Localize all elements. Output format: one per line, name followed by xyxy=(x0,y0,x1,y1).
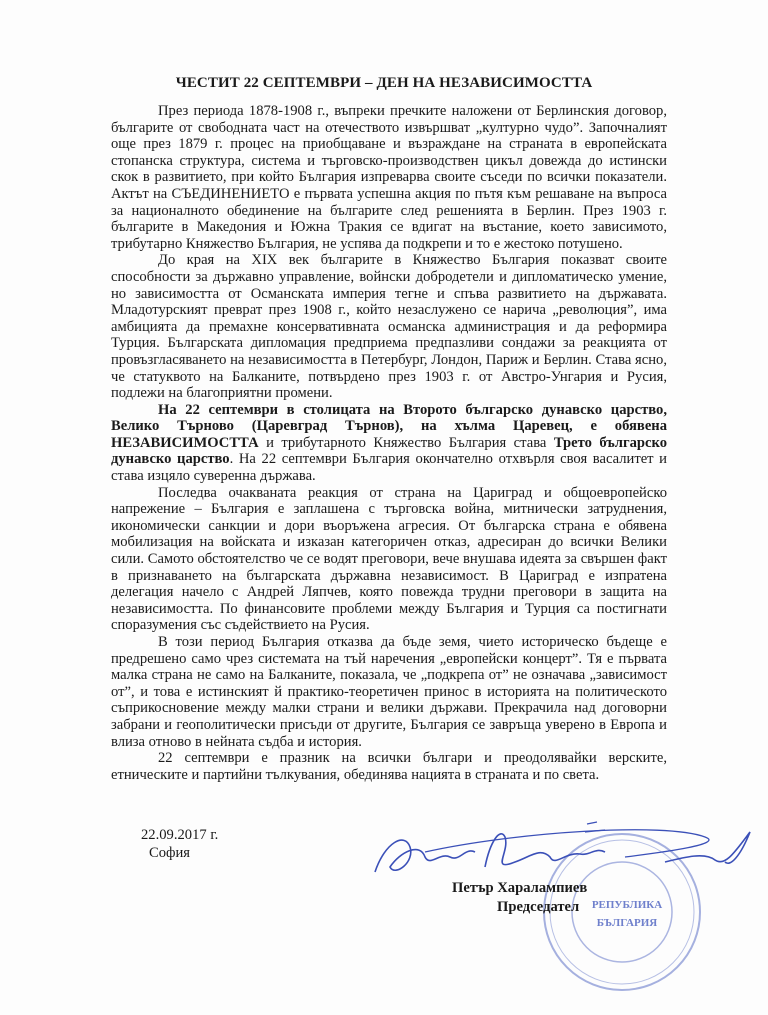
body-paragraph: Последва очакваната реакция от страна на… xyxy=(111,485,667,634)
document-page: ЧЕСТИТ 22 СЕПТЕМВРИ – ДЕН НА НЕЗАВИСИМОС… xyxy=(0,0,768,1015)
body-paragraph: На 22 септември в столицата на Второто б… xyxy=(111,402,667,485)
document-date: 22.09.2017 г. xyxy=(141,827,218,844)
signer-role: Председател xyxy=(497,899,579,916)
document-title: ЧЕСТИТ 22 СЕПТЕМВРИ – ДЕН НА НЕЗАВИСИМОС… xyxy=(0,75,768,92)
body-paragraph: 22 септември е празник на всички българи… xyxy=(111,750,667,783)
document-body: През периода 1878-1908 г., въпреки пречк… xyxy=(111,103,667,783)
signer-name: Петър Харалампиев xyxy=(452,880,587,897)
body-paragraph: В този период България отказва да бъде з… xyxy=(111,634,667,750)
body-paragraph: До края на XIX век българите в Княжество… xyxy=(111,252,667,401)
body-paragraph: През периода 1878-1908 г., въпреки пречк… xyxy=(111,103,667,252)
document-city: София xyxy=(149,845,190,862)
svg-text:БЪЛГАРИЯ: БЪЛГАРИЯ xyxy=(597,917,657,929)
svg-text:РЕПУБЛИКА: РЕПУБЛИКА xyxy=(592,899,662,911)
